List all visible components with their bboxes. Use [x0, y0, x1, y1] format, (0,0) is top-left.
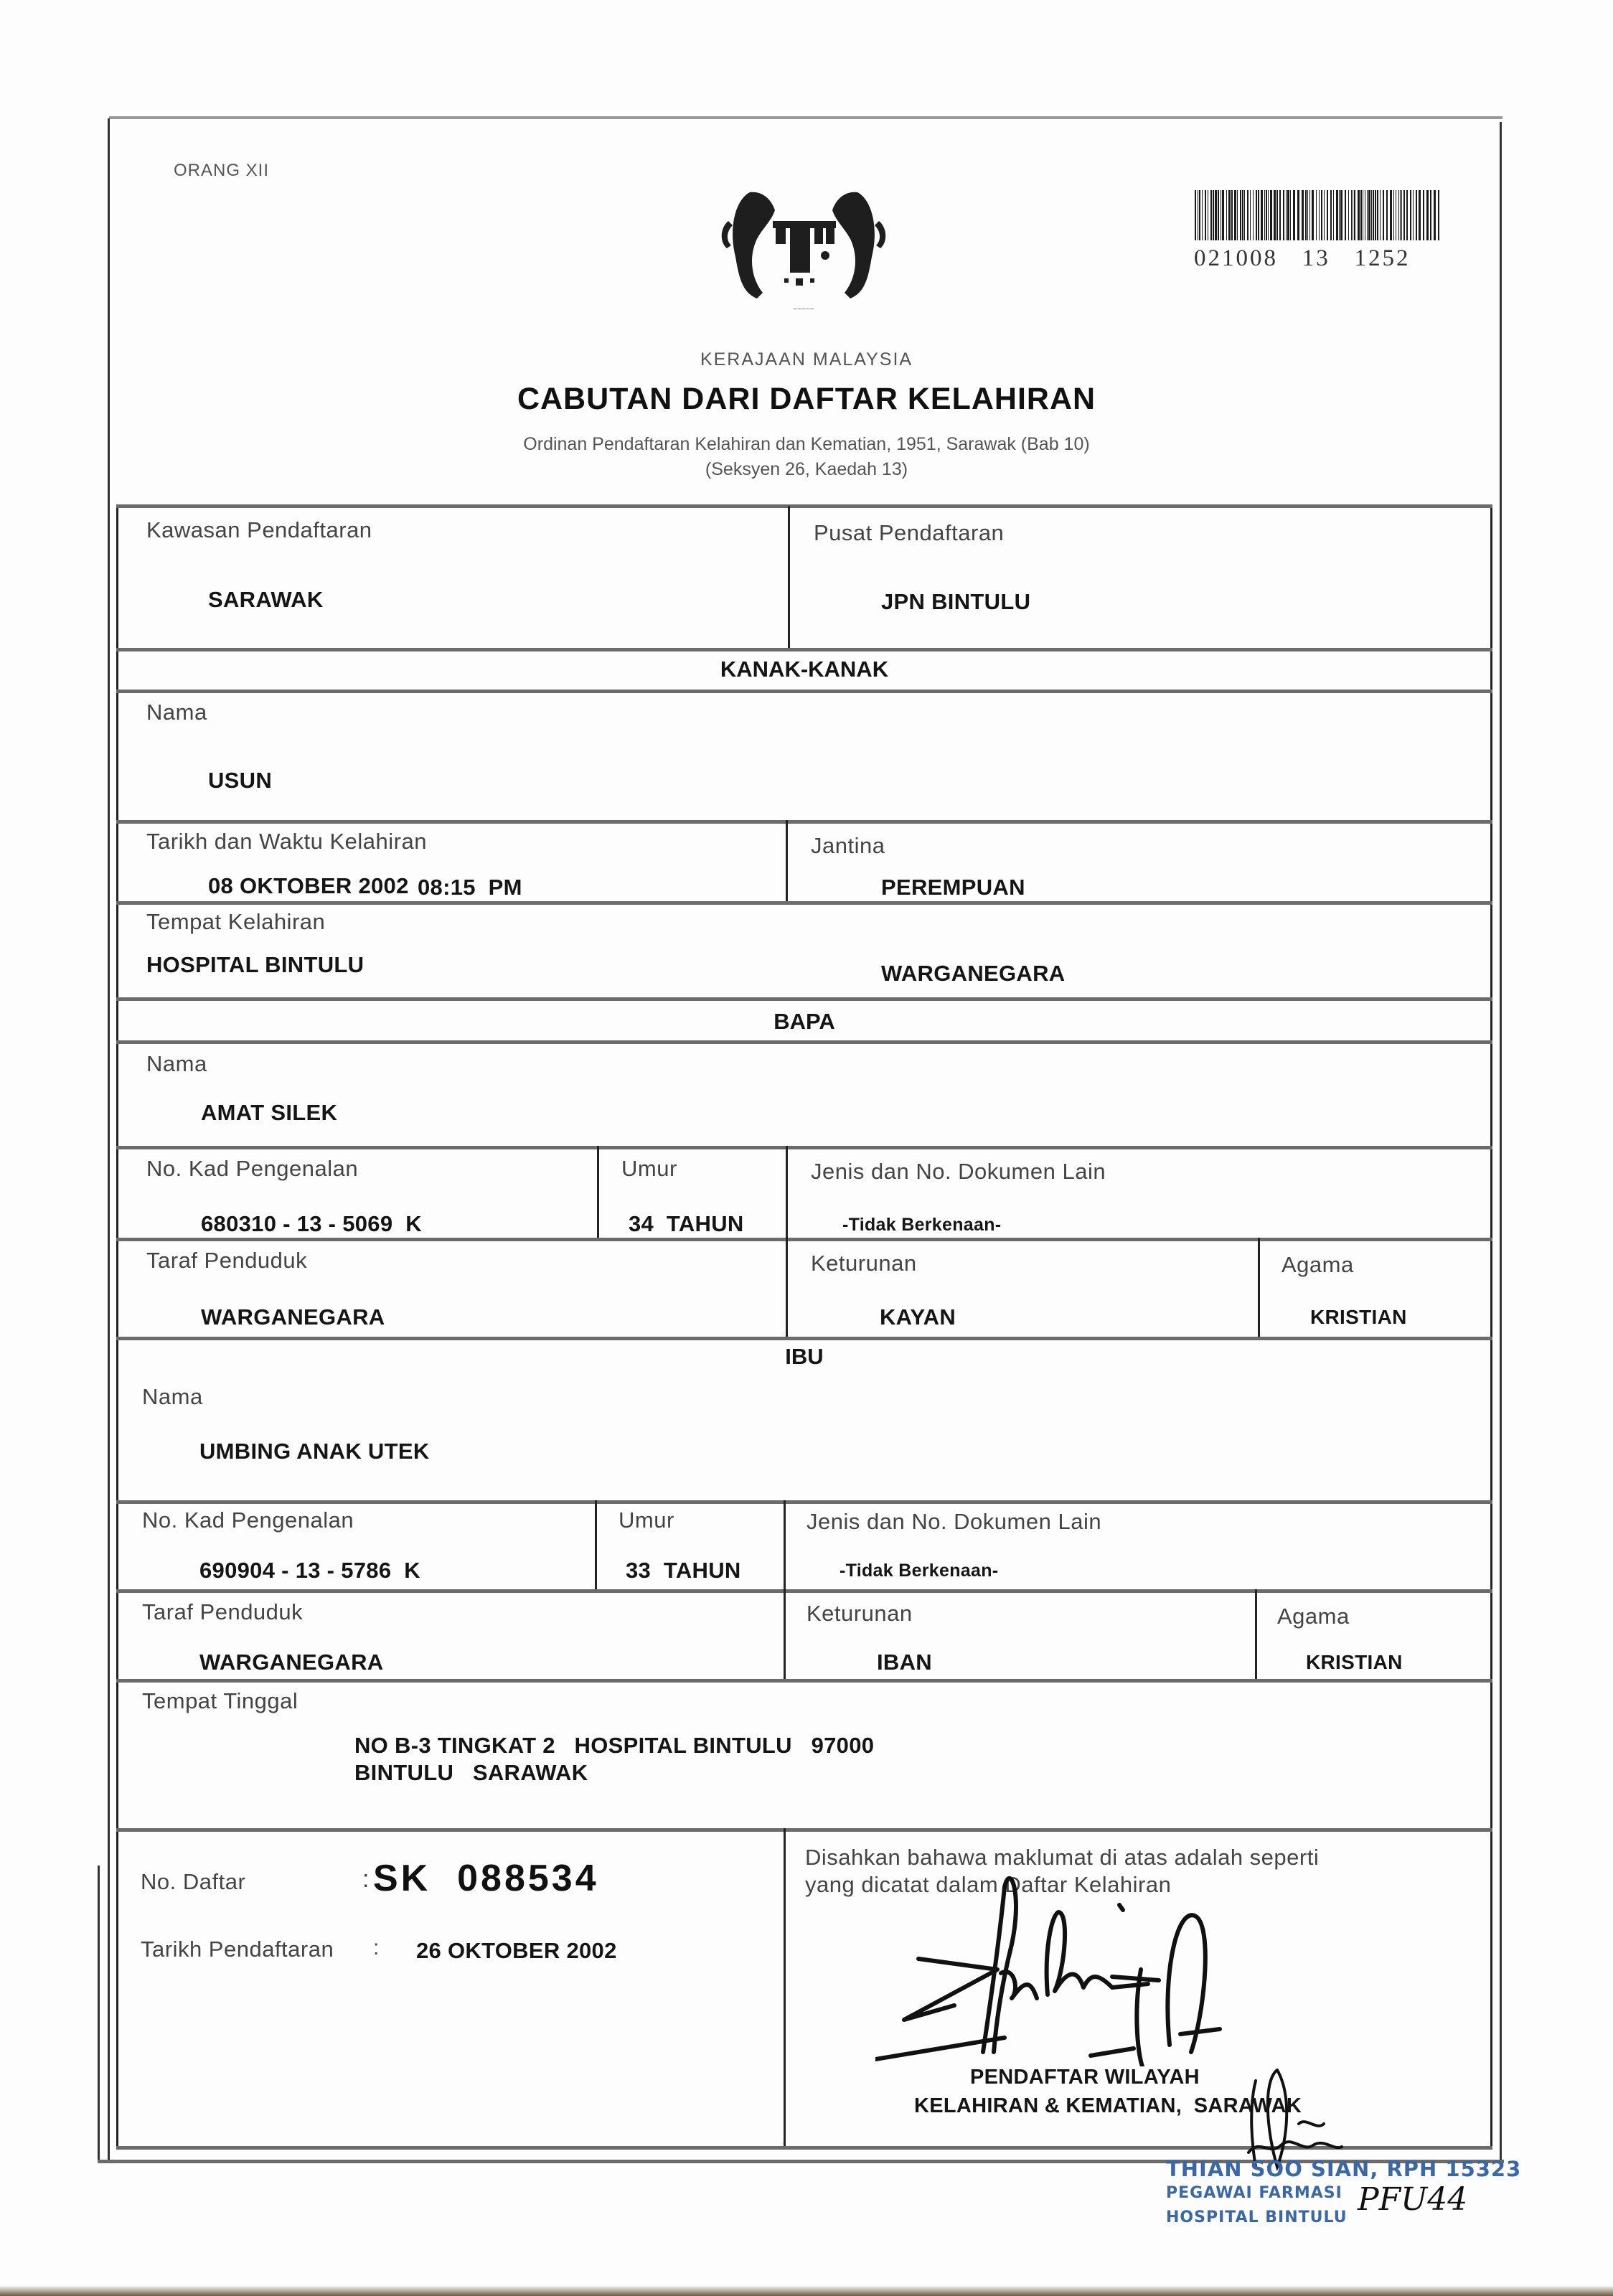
- col-divider: [786, 1146, 788, 1337]
- register-number-colon: :: [362, 1865, 369, 1893]
- mother-other-doc-value: -Tidak Berkenaan-: [840, 1561, 998, 1581]
- mother-residency-value: WARGANEGARA: [199, 1650, 383, 1675]
- col-divider: [784, 1828, 786, 2146]
- ordinance-section: (Seksyen 26, Kaedah 13): [0, 459, 1613, 480]
- father-name-value: AMAT SILEK: [201, 1100, 337, 1126]
- scan-edge-shadow: [0, 2285, 1613, 2296]
- father-religion-value: KRISTIAN: [1310, 1306, 1407, 1329]
- row-divider: [116, 1679, 1492, 1683]
- address-line-1: NO B-3 TINGKAT 2 HOSPITAL BINTULU 97000: [354, 1733, 874, 1759]
- col-divider: [595, 1500, 597, 1589]
- frame-left-outer-border: [98, 1865, 100, 2161]
- birth-date-value: 08 OKTOBER 2002: [208, 873, 409, 899]
- col-divider: [1258, 1238, 1260, 1337]
- child-name-value: USUN: [208, 768, 272, 794]
- col-divider: [788, 506, 790, 648]
- mother-name-label: Nama: [142, 1384, 203, 1410]
- mother-age-label: Umur: [619, 1507, 674, 1533]
- center-label: Pusat Pendaftaran: [814, 520, 1004, 546]
- section-child: KANAK-KANAK: [116, 657, 1492, 682]
- svg-text:~~~~~: ~~~~~: [793, 306, 814, 314]
- col-divider: [786, 820, 788, 901]
- father-religion-label: Agama: [1282, 1252, 1354, 1278]
- row-divider: [116, 997, 1492, 1001]
- officer-title-line-1: PENDAFTAR WILAYAH: [970, 2066, 1200, 2089]
- frame-left-border: [108, 118, 110, 2163]
- gender-label: Jantina: [811, 833, 885, 859]
- father-ethnicity-value: KAYAN: [880, 1304, 956, 1330]
- frame-top-border: [109, 116, 1503, 119]
- area-label: Kawasan Pendaftaran: [146, 517, 372, 543]
- pharmacist-stamp: THIAN SOO SIAN, RPH 15323 PEGAWAI FARMAS…: [1166, 2157, 1521, 2230]
- center-value: JPN BINTULU: [881, 589, 1030, 615]
- barcode-number: 021008 13 1252: [1194, 245, 1411, 272]
- barcode-icon: [1195, 190, 1442, 240]
- stamp-line-2: PEGAWAI FARMASI: [1166, 2181, 1521, 2206]
- page-title: CABUTAN DARI DAFTAR KELAHIRAN: [0, 382, 1613, 417]
- form-code: ORANG XII: [174, 161, 269, 181]
- row-divider: [116, 1500, 1492, 1504]
- mother-age-value: 33 TAHUN: [626, 1558, 741, 1584]
- stamp-line-3: HOSPITAL BINTULU: [1166, 2206, 1521, 2230]
- address-label: Tempat Tinggal: [142, 1688, 298, 1714]
- row-divider: [116, 1040, 1492, 1044]
- mother-ic-value: 690904 - 13 - 5786 K: [199, 1558, 420, 1584]
- section-father: BAPA: [116, 1009, 1492, 1035]
- section-mother: IBU: [116, 1344, 1492, 1370]
- mother-ethnicity-label: Keturunan: [806, 1601, 913, 1627]
- stamp-line-1: THIAN SOO SIAN, RPH 15323: [1166, 2157, 1521, 2181]
- row-divider: [116, 1589, 1492, 1593]
- registrar-signature-icon: [875, 1865, 1306, 2066]
- mother-ic-label: No. Kad Pengenalan: [142, 1507, 354, 1533]
- area-value: SARAWAK: [208, 587, 324, 613]
- birthplace-label: Tempat Kelahiran: [146, 909, 325, 935]
- father-residency-label: Taraf Penduduk: [146, 1248, 307, 1274]
- malaysia-coat-of-arms-icon: ~~~~~: [707, 171, 900, 314]
- table-left-border: [116, 504, 118, 2147]
- birth-datetime-label: Tarikh dan Waktu Kelahiran: [146, 829, 427, 855]
- father-ethnicity-label: Keturunan: [811, 1251, 917, 1276]
- register-date-label: Tarikh Pendaftaran: [141, 1937, 334, 1962]
- col-divider: [1255, 1589, 1257, 1679]
- register-number-value: SK 088534: [373, 1857, 599, 1900]
- mother-other-doc-label: Jenis dan No. Dokumen Lain: [806, 1509, 1101, 1535]
- mother-religion-label: Agama: [1277, 1604, 1350, 1629]
- mother-residency-label: Taraf Penduduk: [142, 1599, 303, 1625]
- mother-religion-value: KRISTIAN: [1306, 1651, 1403, 1674]
- father-name-label: Nama: [146, 1051, 207, 1077]
- register-number-label: No. Daftar: [141, 1869, 245, 1895]
- register-date-value: 26 OKTOBER 2002: [416, 1938, 617, 1964]
- register-date-colon: :: [373, 1936, 379, 1960]
- row-divider: [116, 690, 1492, 693]
- father-age-label: Umur: [621, 1156, 677, 1182]
- father-ic-label: No. Kad Pengenalan: [146, 1156, 358, 1182]
- father-other-doc-label: Jenis dan No. Dokumen Lain: [811, 1159, 1106, 1185]
- father-other-doc-value: -Tidak Berkenaan-: [842, 1215, 1001, 1236]
- child-name-label: Nama: [146, 700, 207, 725]
- father-ic-value: 680310 - 13 - 5069 K: [201, 1211, 422, 1237]
- child-citizenship-value: WARGANEGARA: [881, 961, 1065, 987]
- col-divider: [597, 1146, 599, 1238]
- row-divider: [116, 901, 1492, 905]
- row-divider: [116, 648, 1492, 651]
- frame-right-border: [1500, 122, 1502, 2163]
- birthplace-value: HOSPITAL BINTULU: [146, 952, 364, 978]
- col-divider: [784, 1500, 786, 1679]
- table-right-border: [1490, 504, 1492, 2147]
- government-name: KERAJAAN MALAYSIA: [0, 349, 1613, 370]
- row-divider: [116, 1146, 1492, 1149]
- father-residency-value: WARGANEGARA: [201, 1304, 385, 1330]
- handwritten-code: PFU44: [1358, 2181, 1467, 2218]
- row-divider: [116, 1828, 1492, 1832]
- father-age-value: 34 TAHUN: [629, 1211, 744, 1237]
- row-divider: [116, 1238, 1492, 1241]
- row-divider: [116, 1337, 1492, 1340]
- ordinance-reference: Ordinan Pendaftaran Kelahiran dan Kemati…: [0, 434, 1613, 455]
- gender-value: PEREMPUAN: [881, 875, 1025, 900]
- address-line-2: BINTULU SARAWAK: [354, 1760, 588, 1786]
- mother-name-value: UMBING ANAK UTEK: [199, 1439, 430, 1464]
- mother-ethnicity-value: IBAN: [877, 1650, 932, 1675]
- row-divider: [116, 820, 1492, 824]
- row-divider: [116, 504, 1492, 508]
- birth-time-value: 08:15 PM: [418, 875, 522, 900]
